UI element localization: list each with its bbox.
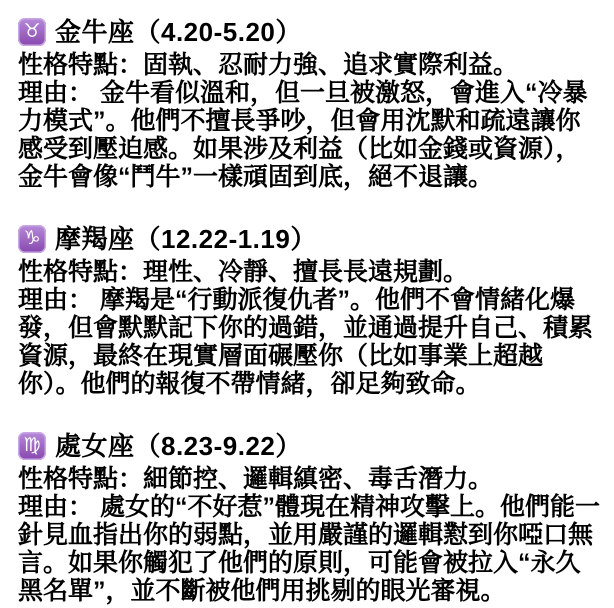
zodiac-analysis-page: ♉ 金牛座（4.20-5.20） 性格特點：固執、忍耐力強、追求實際利益。 理由… <box>0 0 614 608</box>
capricorn-traits-line: 性格特點：理性、冷靜、擅長長遠規劃。 <box>18 258 604 286</box>
capricorn-reason-text: 理由： 摩羯是“行動派復仇者”。他們不會情緒化爆發，但會默默記下你的過錯，並通過… <box>18 286 604 398</box>
capricorn-title-text: 摩羯座（12.22-1.19） <box>55 223 317 255</box>
taurus-glyph: ♉ <box>23 22 40 41</box>
virgo-title-text: 處女座（8.23-9.22） <box>55 430 302 462</box>
capricorn-icon: ♑ <box>18 225 46 253</box>
section-virgo: ♍ 處女座（8.23-9.22） 性格特點：細節控、邏輯縝密、毒舌潛力。 理由：… <box>18 430 604 605</box>
virgo-reason-text: 理由： 處女的“不好惹”體現在精神攻擊上。他們能一針見血指出你的弱點，並用嚴謹的… <box>18 493 604 605</box>
virgo-glyph: ♍ <box>23 436 40 455</box>
taurus-title-text: 金牛座（4.20-5.20） <box>55 16 302 48</box>
capricorn-glyph: ♑ <box>23 229 40 248</box>
taurus-title-row: ♉ 金牛座（4.20-5.20） <box>18 16 604 48</box>
taurus-traits-line: 性格特點：固執、忍耐力強、追求實際利益。 <box>18 51 604 79</box>
virgo-traits-line: 性格特點：細節控、邏輯縝密、毒舌潛力。 <box>18 465 604 493</box>
taurus-reason-text: 理由： 金牛看似溫和，但一旦被激怒，會進入“冷暴力模式”。他們不擅長爭吵，但會用… <box>18 79 604 191</box>
virgo-title-row: ♍ 處女座（8.23-9.22） <box>18 430 604 462</box>
virgo-icon: ♍ <box>18 432 46 460</box>
section-taurus: ♉ 金牛座（4.20-5.20） 性格特點：固執、忍耐力強、追求實際利益。 理由… <box>18 16 604 191</box>
taurus-icon: ♉ <box>18 18 46 46</box>
capricorn-title-row: ♑ 摩羯座（12.22-1.19） <box>18 223 604 255</box>
section-capricorn: ♑ 摩羯座（12.22-1.19） 性格特點：理性、冷靜、擅長長遠規劃。 理由：… <box>18 223 604 398</box>
